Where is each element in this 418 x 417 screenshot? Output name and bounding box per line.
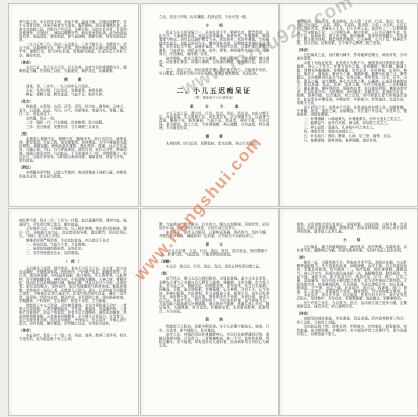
prescription-paragraph: 熟地黄、山茱萸、山药、茯苓、泽泻、牡丹皮、鹿角胶、五味子、麦冬、石菖蒲、远志、当… — [19, 105, 127, 116]
list-item: 三、术后勿使患处沾水，以防感染。 — [19, 251, 127, 255]
scanned-page-top-middle: 之品，先后天并调，标本兼顾，故获良效，于此可见一斑。 小 结 疳证为小儿常见病之… — [140, 3, 279, 207]
centered-header: 提 要 — [159, 135, 269, 139]
paragraph: 五迟之证，责之先天不足，后天失养。治疗当以补肾填精为主，健脾养血为辅，并须持之以… — [19, 66, 127, 73]
paragraph: 照料，言语训练尤须反复进行，由简而繁，由浅而深，日积月累，自见成效。同时注意营养… — [297, 223, 407, 234]
paragraph: 一九六五年三月，余治一五迟患儿，三岁不能行立，发稀齿少，语言不清。证属肾精不足，… — [19, 43, 127, 58]
page-number-mark: · · — [297, 216, 407, 220]
paragraph: 脾，气血渐充，肌肉渐丰，行走有力。继以丸剂缓调，巩固疗效，前后治疗年余，发育情况… — [159, 223, 269, 230]
prescription-line: 三诊：语言渐清，发黑有泽，守方调理三月而安。 — [19, 125, 127, 129]
chapter-subtitle: （附：智能低下小儿的防治） — [159, 96, 269, 100]
scanned-page-bottom-left: 部红晕为度，每日一次，十次为一疗程。此法温通经络，调和气血，振奋阳气，对发育迟缓… — [8, 208, 139, 416]
paragraph: 本例随访至学龄，已能入学就读，惟成绩稍逊于同龄儿童，体格发育基本正常，家长甚为欣… — [19, 171, 127, 178]
scanned-page-top-right: · · 神情呆滞，语言不清，是其候也。古人谓「立迟、行迟、齿迟、发迟、语迟」为五… — [279, 3, 418, 207]
section-header: 〔体会〕 — [297, 48, 407, 52]
paragraph: 五迟痴呆，属儿科疑难病证，病因复杂，治疗困难。本篇所述，以补肾为本，健脾养心为辅… — [297, 245, 407, 252]
paragraph: 痴呆一证，古籍所载不多，然临床并非罕见。其病位在脑，与心肝脾肾诸脏相关。先天因素… — [297, 261, 407, 301]
paragraph: 总之，疳证之治，药治食养并重，医护家长协力，方能事半功倍，早日康复。民间单方验方… — [159, 68, 269, 75]
section-header: 〔按〕 — [297, 256, 407, 260]
paragraph: 治痴呆如抽丝剥茧，功在渐进，切忌求速。药补食养教养三结合，持之以恒，乃取效之关键… — [297, 317, 407, 324]
paragraph: 神情呆滞，语言不清，是其候也。古人谓「立迟、行迟、齿迟、发迟、语迟」为五迟；「头… — [297, 20, 407, 45]
section-header: 〔体会〕 — [297, 312, 407, 316]
centered-header: 〔按〕 — [19, 260, 127, 264]
paragraph: 部红晕为度，每日一次，十次为一疗程。此法温通经络，调和气血，振奋阳气，对发育迟缓… — [19, 219, 127, 226]
centered-header: 防 治 — [159, 318, 269, 322]
paragraph: 治疗之法，内服药饵以补肾健脾养心，外以针灸按摩通经活络，更辅以教养训练，开发智力… — [159, 333, 269, 348]
paragraph: 余数十年临证所见，此类患儿为数不少，深感其治疗须抓住补肾、健脾、养心三个环节。补… — [297, 61, 407, 105]
centered-header: 小 结 — [159, 24, 269, 28]
scanned-page-bottom-right: · · 照料，言语训练尤须反复进行，由简而繁，由浅而深，日积月累，自见成效。同时… — [279, 208, 418, 416]
paragraph: 余治此证数十例，深体会到：年龄愈小，疗效愈好；病程愈短，收效愈速。故早期诊断、早… — [297, 325, 407, 336]
paragraph: 本例患儿禀赋不足，肾精亏虚，髓海未充，故行迟语迟，神情呆滞；脾胃虚弱，生化乏源，… — [19, 137, 127, 162]
list-item: 六、按摩捏脊，教养训练，食养调摄，诸法并用。 — [297, 139, 407, 143]
centered-header: 小 结 — [297, 238, 407, 242]
centered-header: 原 文 — [159, 243, 269, 247]
paragraph: 小儿五迟之证，谓立迟、行迟、齿迟、发迟、语迟也。良由父精不足，母血素衰，先天禀赋… — [159, 112, 269, 130]
paragraph: 养气血之效。本方药性平和，补而不滞，温而不燥，久服无碍脾胃，对小儿发育迟缓、体弱… — [19, 20, 127, 42]
scanned-page-bottom-middle: · · 脾，气血渐充，肌肉渐丰，行走有力。继以丸剂缓调，巩固疗效，前后治疗年余，… — [140, 208, 279, 416]
section-header: 〔词解〕 — [159, 260, 269, 264]
section-header: 〔体会〕 — [19, 61, 127, 65]
paragraph: 头项软倒，囟门迟闭，发稀色枯，齿生迟晚，坐立行走俱迟， — [159, 142, 269, 146]
document-scan-grid: · · 养气血之效。本方药性平和，补而不滞，温而不燥，久服无碍脾胃，对小儿发育迟… — [0, 0, 418, 417]
case-line: 辨证：肾精亏损，脾胃虚弱，气血不足，筋骨失养。 — [19, 93, 127, 97]
paragraph: 又有挑疳之法，于四缝穴处，以三棱针挑刺，挤出黄白色粘液，隔日一次，至粘液尽出为止… — [19, 227, 127, 238]
paragraph: 此节经文，揭示五迟之病因病机，言简而意赅。盖小儿生长发育，全赖先天肾气之充盛与后… — [159, 277, 269, 313]
section-header: 〔附记〕 — [19, 166, 127, 170]
centered-header: 病 案 — [19, 78, 127, 82]
section-header: 〔体会〕 — [19, 329, 127, 333]
chapter-title: 二、小儿五迟痴呆证 — [159, 89, 269, 93]
paragraph: 智能低下小儿之防治，近年颇受重视。余以为预防重于治疗：一者禁止近亲结婚；二者孕期… — [19, 304, 127, 326]
paragraph: 由此可见，治疗五迟痴呆，只要辨证准确，用药得当，坚持不懈，并配合教养训练，确能收… — [159, 231, 269, 238]
glossary-line: ①五迟：指立迟、行迟、齿迟、发迟、语迟五种发育迟缓之证。 — [159, 265, 269, 269]
page-number-mark: · · — [297, 13, 407, 17]
paragraph: 本证治疗，贵在一个「恒」字，药治、食养、教养三者并举，持久方见功效，此为临证数十… — [19, 334, 127, 341]
case-line: 刘某，男，三岁半。一九六四年五月初诊。 — [19, 85, 127, 89]
paragraph: 五迟痴呆之成因，现代所论，有先天与后天之分。先天者，如父母近亲婚配，孕期感染邪毒… — [19, 267, 127, 303]
paragraph: 至于疗效之评定，当以智力、语言、运动诸方面之进步为据，定期观察记录，前后对比，庶… — [297, 301, 407, 308]
section-header: 〔按〕 — [159, 272, 269, 276]
paragraph: 之品，先后天并调，标本兼顾，故获良效，于此可见一斑。 — [159, 15, 269, 19]
page-number-mark: · · — [19, 14, 127, 18]
centered-header: 原 文 大 意 — [159, 105, 269, 109]
paragraph: 治疗期间，家长之配合尤为重要，须耐心喂养，少食多餐，循序渐进，切忌暴饮暴食，或强… — [159, 57, 269, 68]
paragraph: 至于药饵之外，食养亦不可忽。宜常进血肉有情之品，如猪脊髓、牛骨髓、鱼类、蛋类之属… — [297, 106, 407, 117]
section-header: 〔按〕 — [19, 132, 127, 136]
paragraph: 五迟痴呆之证，治疗颇为棘手，然苟能辨证精当，调治有恒，亦可逐步改善。 — [297, 53, 407, 60]
section-header: 〔处方〕 — [19, 100, 127, 104]
scanned-page-top-left: · · 养气血之效。本方药性平和，补而不滞，温而不燥，久服无碍脾胃，对小儿发育迟… — [8, 3, 139, 207]
classic-quote: 小儿五迟者，立迟、行迟、齿迟、发迟、语迟是也。皆因禀赋不足，肝肾亏损，气血虚弱，… — [159, 249, 269, 256]
paragraph: 智能低下之防治，首重早期发现。凡小儿至期不能抬头、独坐、行走、言语者，即当细察之… — [159, 325, 269, 332]
paragraph: 疳证为小儿常见病之一，多由乳食不节，喂养失宜，脾胃受损，运化失司，气液耗伤而成。… — [159, 31, 269, 56]
page-number-mark: · · — [159, 216, 269, 220]
